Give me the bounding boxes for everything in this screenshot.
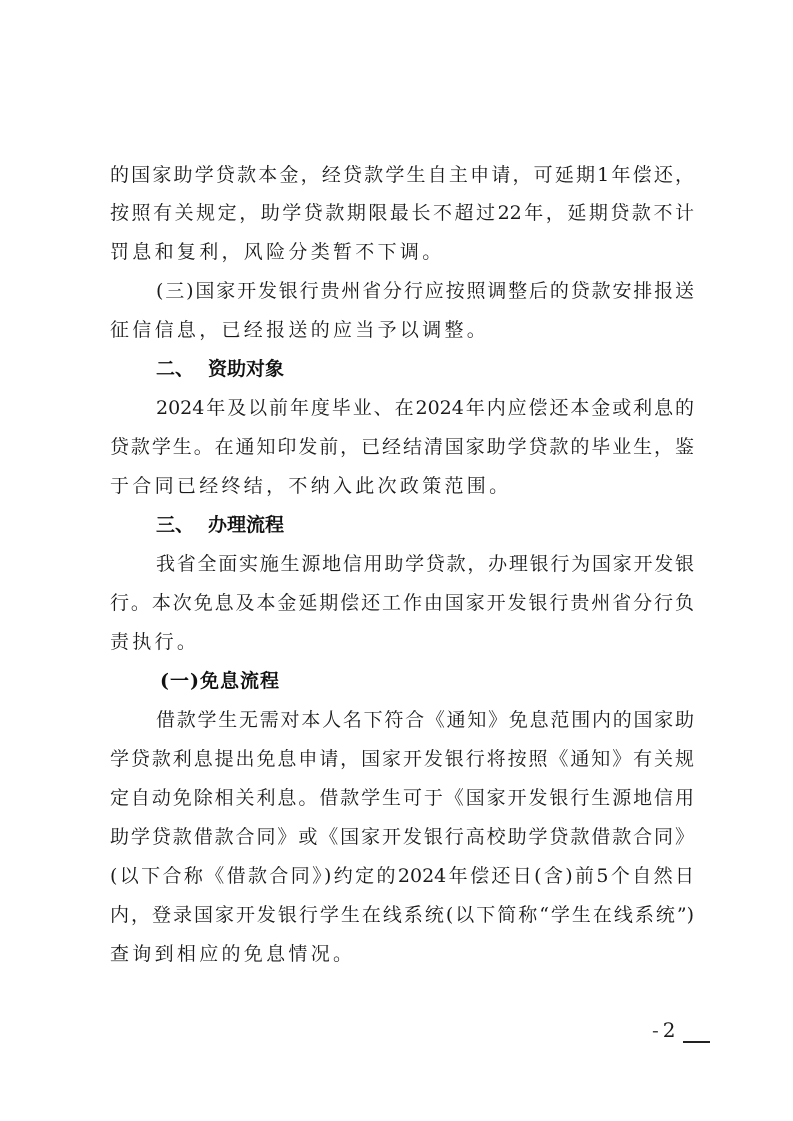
document-page: 的国家助学贷款本金，经贷款学生自主申请，可延期1年偿还， 按照有关规定，助学贷款… [0,0,793,1121]
section-number: 三、 [156,514,194,536]
page-number-dash: - [652,1018,659,1042]
paragraph-line: 2024年及以前年度毕业、在2024年内应偿还本金或利息的 [156,389,694,427]
paragraph-line: 借款学生无需对本人名下符合《通知》免息范围内的国家助 [156,701,694,739]
paragraph-line: 助学贷款借款合同》或《国家开发银行高校助学贷款借款合同》 [110,818,694,856]
paragraph-line: (三)国家开发银行贵州省分行应按照调整后的贷款安排报送 [156,272,694,310]
paragraph-line: 内，登录国家开发银行学生在线系统(以下简称“学生在线系统”) [110,896,694,934]
paragraph-line: 按照有关规定，助学贷款期限最长不超过22年，延期贷款不计 [110,194,694,232]
section-title: 办理流程 [208,514,284,536]
paragraph-line: 罚息和复利，风险分类暂不下调。 [110,233,694,271]
section-heading-beneficiaries: 二、资助对象 [156,350,284,388]
paragraph-line: 我省全面实施生源地信用助学贷款，办理银行为国家开发银 [156,545,694,583]
section-title: 资助对象 [208,358,284,380]
page-number: -2 [652,1016,676,1044]
paragraph-line: 征信信息，已经报送的应当予以调整。 [110,311,694,349]
paragraph-line: 查询到相应的免息情况。 [110,935,694,973]
paragraph-line: 责执行。 [110,623,694,661]
paragraph-line: 定自动免除相关利息。借款学生可于《国家开发银行生源地信用 [110,779,694,817]
paragraph-line: 的国家助学贷款本金，经贷款学生自主申请，可延期1年偿还， [110,156,694,194]
section-number: 二、 [156,358,194,380]
paragraph-line: (以下合称《借款合同》)约定的2024年偿还日(含)前5个自然日 [110,857,694,895]
page-number-underline [683,1041,710,1043]
section-heading-procedure: 三、办理流程 [156,506,284,544]
subsection-heading-interest-exemption: (一)免息流程 [160,662,280,700]
paragraph-line: 于合同已经终结，不纳入此次政策范围。 [110,467,694,505]
paragraph-line: 贷款学生。在通知印发前，已经结清国家助学贷款的毕业生，鉴 [110,428,694,466]
paragraph-line: 行。本次免息及本金延期偿还工作由国家开发银行贵州省分行负 [110,584,694,622]
paragraph-line: 学贷款利息提出免息申请，国家开发银行将按照《通知》有关规 [110,740,694,778]
page-number-value: 2 [663,1018,676,1042]
